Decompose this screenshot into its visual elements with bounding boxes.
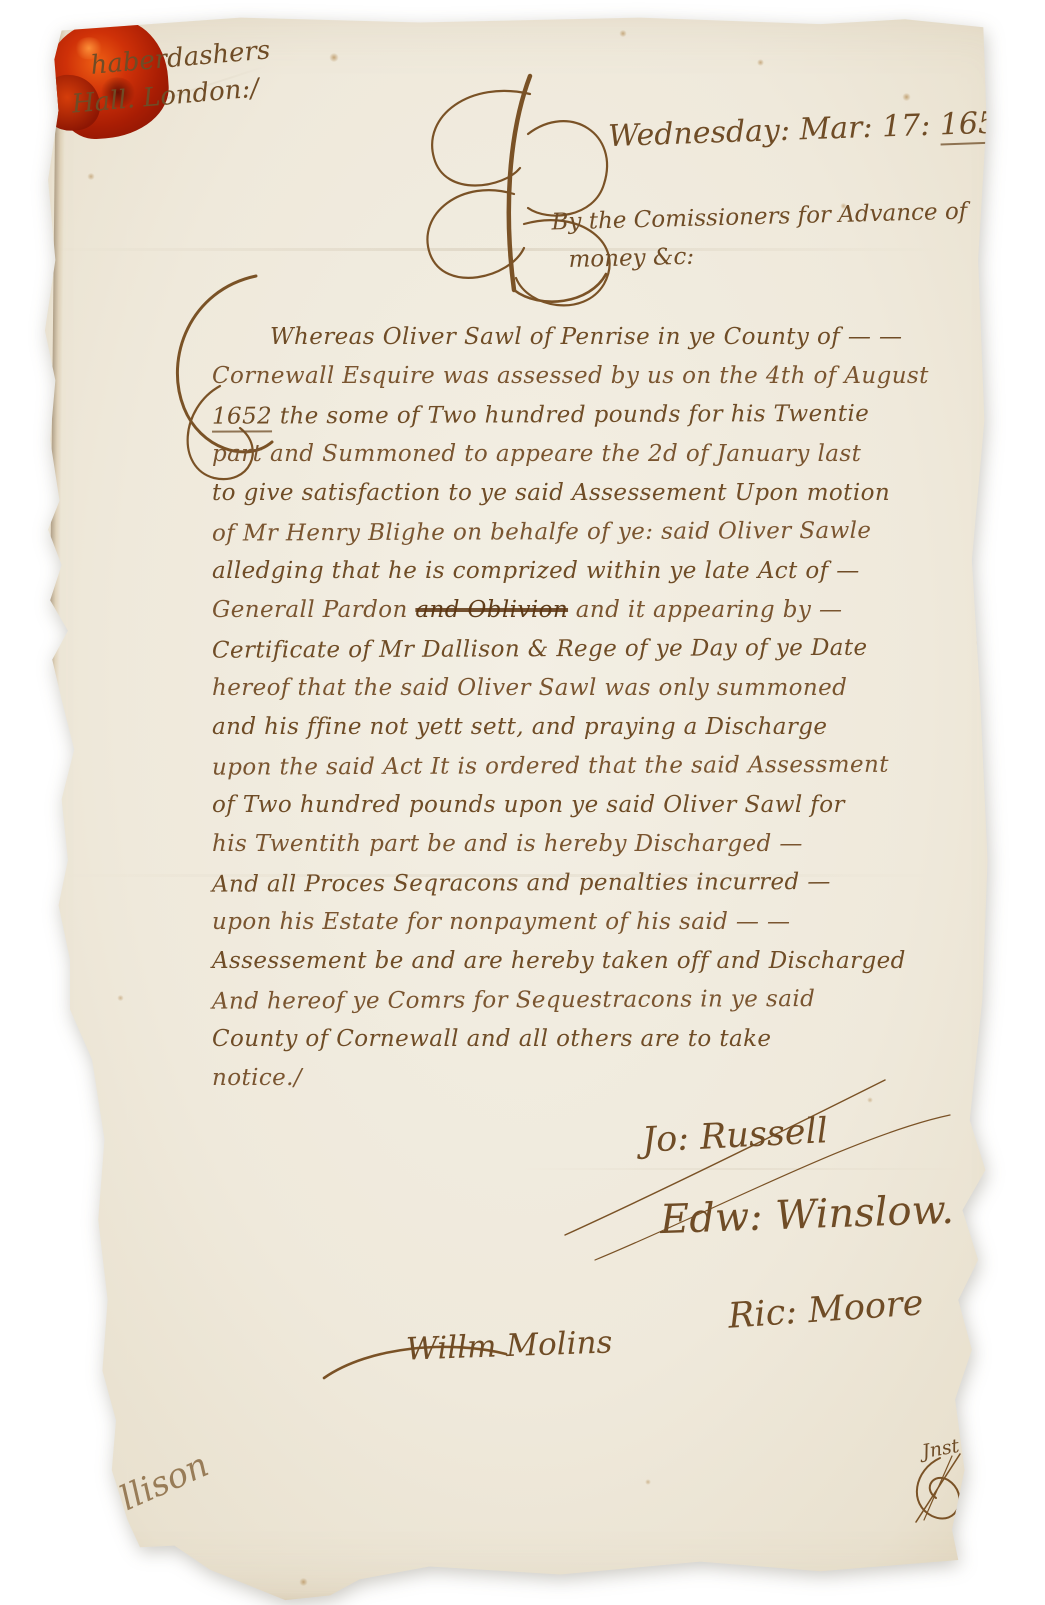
manuscript-line: County of Cornewall and all others are t… bbox=[212, 1026, 972, 1065]
show-through-writing: llison bbox=[114, 1445, 215, 1519]
signature-molins: Willm Molins bbox=[405, 1324, 613, 1367]
foxing-stain bbox=[902, 93, 911, 101]
issuing-authority-heading: By the Comissioners for Advance of money… bbox=[551, 193, 969, 280]
manuscript-line: Whereas Oliver Sawl of Penrise in ye Cou… bbox=[270, 324, 972, 363]
document-scan: haberdashers Hall. London:/ Wednesday: M… bbox=[0, 0, 1045, 1605]
letter-body: Whereas Oliver Sawl of Penrise in ye Cou… bbox=[212, 324, 972, 1104]
manuscript-paper: haberdashers Hall. London:/ Wednesday: M… bbox=[0, 0, 1045, 1605]
manuscript-line: Generall Pardon and Oblivion and it appe… bbox=[212, 597, 972, 636]
manuscript-line: of Mr Henry Blighe on behalfe of ye: sai… bbox=[212, 517, 972, 559]
manuscript-line: And all Proces Seqracons and penalties i… bbox=[212, 868, 972, 910]
notary-monogram bbox=[900, 1450, 975, 1525]
manuscript-line: Cornewall Esquire was assessed by us on … bbox=[212, 363, 972, 402]
underlined-year: 1652 bbox=[212, 403, 272, 432]
manuscript-line: upon the said Act It is ordered that the… bbox=[212, 751, 972, 793]
line-text: Generall Pardon bbox=[212, 597, 415, 623]
manuscript-line: and his ffine not yett sett, and praying… bbox=[212, 714, 972, 753]
calligraphic-flourish-letter-b bbox=[408, 72, 633, 317]
manuscript-line: to give satisfaction to ye said Assessem… bbox=[212, 480, 972, 519]
manuscript-line: And hereof ye Comrs for Sequestracons in… bbox=[212, 985, 972, 1027]
signature-moore: Ric: Moore bbox=[727, 1283, 925, 1337]
foxing-stain bbox=[757, 59, 764, 66]
manuscript-line: 1652 the some of Two hundred pounds for … bbox=[212, 400, 972, 442]
foxing-stain bbox=[329, 53, 339, 62]
foxing-stain bbox=[976, 638, 985, 647]
foxing-stain bbox=[619, 30, 627, 37]
manuscript-line: part and Summoned to appeare the 2d of J… bbox=[212, 441, 972, 480]
manuscript-line: upon his Estate for nonpayment of his sa… bbox=[212, 909, 972, 948]
manuscript-line: his Twentith part be and is hereby Disch… bbox=[212, 831, 972, 870]
manuscript-line: Assessement be and are hereby taken off … bbox=[212, 948, 972, 987]
manuscript-line: of Two hundred pounds upon ye said Olive… bbox=[212, 792, 972, 831]
line-text: the some of Two hundred pounds for his T… bbox=[272, 401, 869, 430]
paper-shadow: haberdashers Hall. London:/ Wednesday: M… bbox=[0, 0, 1045, 1605]
line-text: and it appearing by — bbox=[568, 597, 842, 623]
dateline: Wednesday: Mar: 17: 1651 bbox=[608, 105, 1017, 154]
manuscript-line: Certificate of Mr Dallison & Rege of ye … bbox=[212, 634, 972, 676]
struck-through-text: and Oblivion bbox=[415, 597, 568, 623]
foxing-stain bbox=[299, 1578, 308, 1586]
foxing-stain bbox=[645, 1479, 651, 1485]
paper-left-edge-crease bbox=[40, 30, 66, 1570]
manuscript-line: alledging that he is comprized within ye… bbox=[212, 558, 972, 597]
foxing-stain bbox=[117, 995, 124, 1001]
manuscript-line: hereof that the said Oliver Sawl was onl… bbox=[212, 675, 972, 714]
foxing-stain bbox=[87, 173, 95, 180]
dateline-year: 1651 bbox=[939, 105, 1017, 146]
repository-annotation: haberdashers Hall. London:/ bbox=[89, 32, 275, 121]
dateline-prefix: Wednesday: Mar: 17: bbox=[608, 108, 941, 155]
